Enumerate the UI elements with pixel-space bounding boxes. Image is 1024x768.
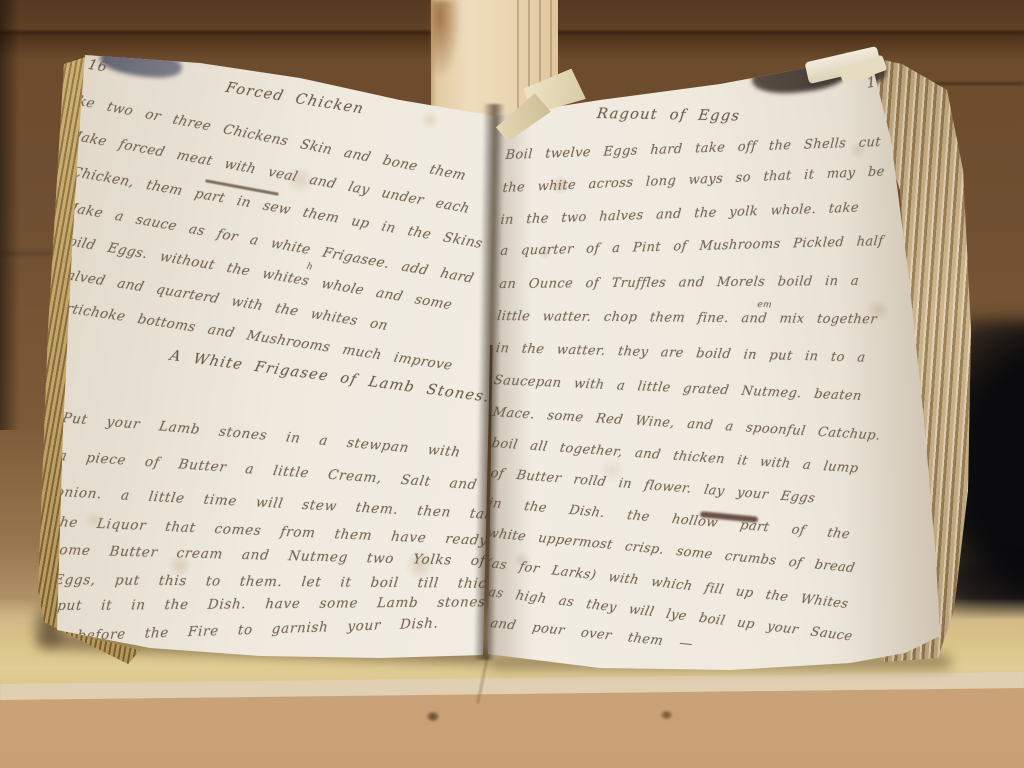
page-number: 16 bbox=[86, 57, 110, 75]
insertion-mark: h bbox=[305, 262, 314, 273]
handwriting-line: some Butter cream and Nutmeg two Yolks o… bbox=[51, 542, 487, 569]
superscript-insertion: em bbox=[757, 300, 773, 310]
handwriting-line: Boil twelve Eggs hard take off the Shell… bbox=[505, 135, 881, 163]
handwriting-line: a quarter of a Pint of Mushrooms Pickled… bbox=[500, 234, 884, 259]
handwriting-line: in the two halves and the yolk whole. ta… bbox=[500, 200, 859, 228]
post-stain bbox=[431, 0, 461, 80]
knot-hole bbox=[661, 711, 672, 719]
handwriting-line: before the Fire to garnish your Dish. bbox=[77, 615, 439, 644]
knot-hole bbox=[427, 712, 439, 721]
photo-scene: 16 Forced Chicken Take two or three Chic… bbox=[0, 0, 1024, 768]
handwriting-line: little watter. chop them fine. and mix t… bbox=[496, 309, 877, 327]
page-stain bbox=[99, 44, 184, 81]
recipe-title: Ragout of Eggs bbox=[596, 106, 741, 124]
handwriting-line: the white across long ways so that it ma… bbox=[502, 164, 885, 196]
handwriting-line: an Ounce of Truffles and Morels boild in… bbox=[499, 274, 860, 292]
handwriting-line: Saucepan with a little grated Nutmeg. be… bbox=[493, 373, 863, 404]
handwriting-line: in the watter. they are boild in put in … bbox=[495, 341, 866, 366]
handwriting-line: Eggs, put this to them. let it boil till… bbox=[53, 572, 501, 592]
handwriting-line: Mace. some Red Wine, and a spoonful Catc… bbox=[492, 405, 882, 444]
recipe-title: Forced Chicken bbox=[224, 80, 366, 117]
edge-vignette bbox=[0, 0, 20, 430]
